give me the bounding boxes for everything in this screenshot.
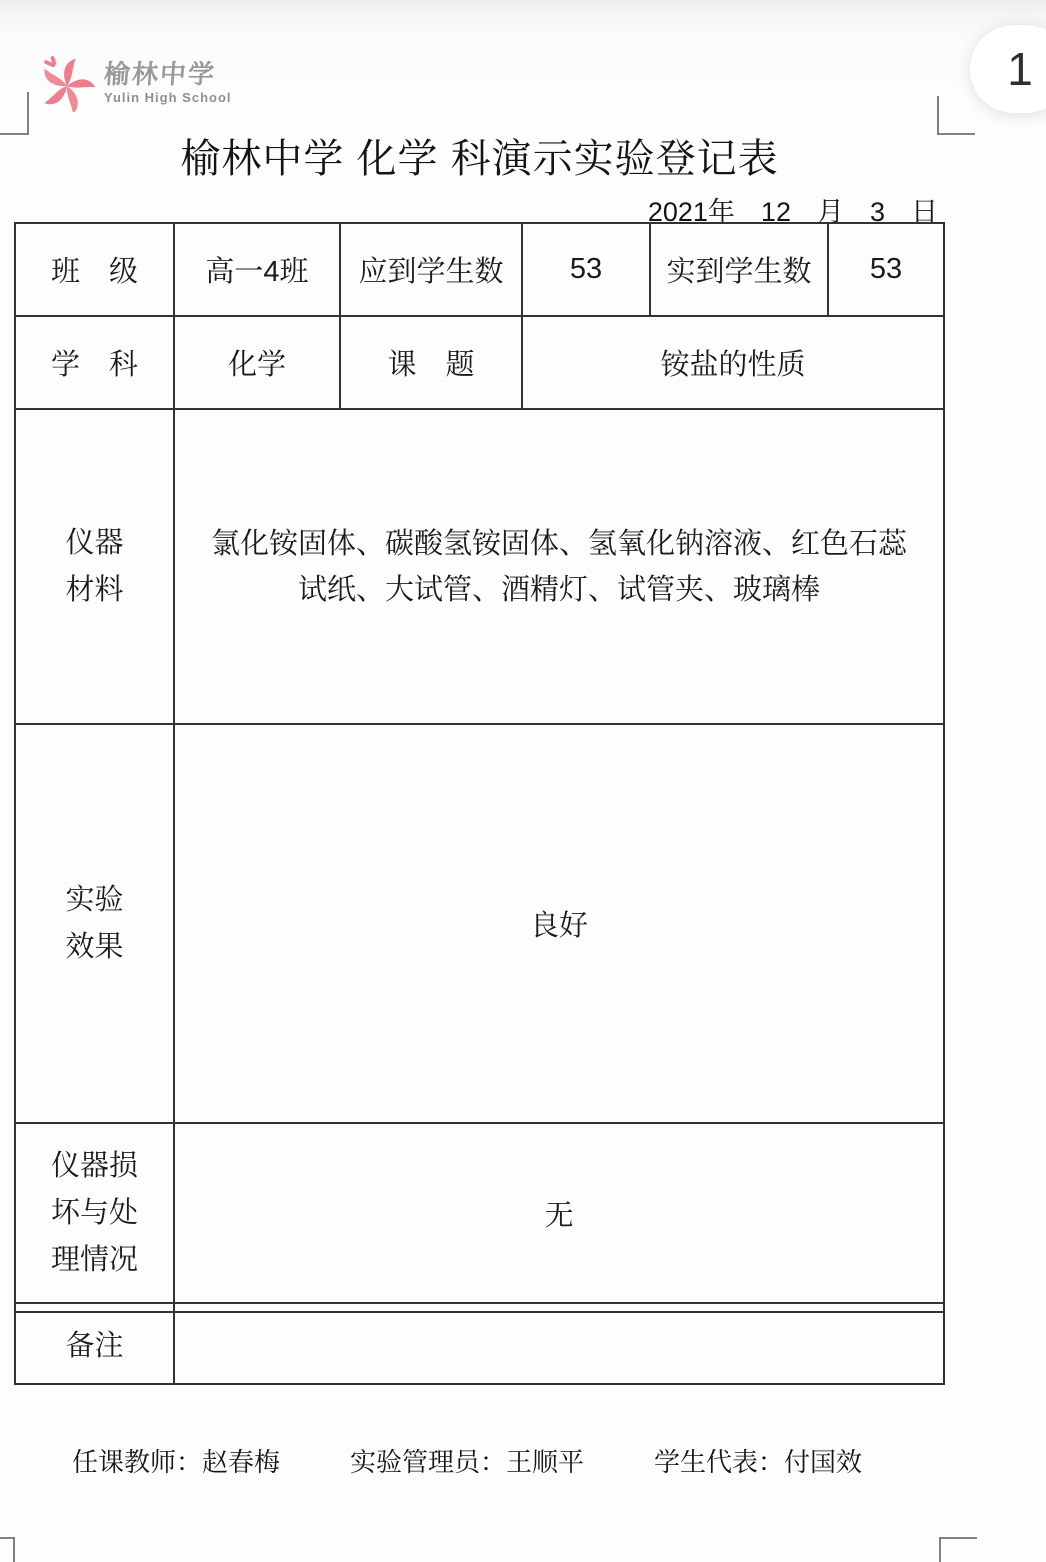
remarks-row-divider [16, 1311, 943, 1313]
cell-remarks-label: 备注 [16, 1304, 175, 1383]
crop-corner-top-left-icon [0, 92, 29, 135]
page-number-badge[interactable]: 1 [970, 25, 1046, 113]
scanned-form-page: 榆林中学 Yulin High School 1 榆林中学 化学 科演示实验登记… [0, 0, 1046, 1562]
cell-class-value: 高一4班 [175, 224, 341, 317]
cell-actual-students-value: 53 [829, 224, 943, 317]
teacher-signature: 任课教师：赵春梅 [72, 1442, 280, 1479]
crop-corner-top-right-icon [937, 96, 975, 135]
cell-actual-students-label: 实到学生数 [651, 224, 829, 317]
logo-school-name-cn: 榆林中学 [103, 60, 232, 88]
page-number: 1 [1007, 42, 1033, 96]
form-title: 榆林中学 化学 科演示实验登记表 [14, 134, 945, 184]
cell-damage-label: 仪器损 坏与处 理情况 [16, 1124, 175, 1304]
cell-expected-students-label: 应到学生数 [341, 224, 523, 317]
registration-table: 班 级 高一4班 应到学生数 53 实到学生数 53 学 科 化学 课 题 铵盐… [14, 222, 945, 1385]
cell-effect-label: 实验 效果 [16, 725, 175, 1124]
crop-corner-bottom-right-icon [939, 1537, 977, 1562]
logo-flower-icon [36, 54, 98, 112]
cell-materials-value: 氯化铵固体、碳酸氢铵固体、氢氧化钠溶液、红色石蕊 试纸、大试管、酒精灯、试管夹、… [175, 410, 943, 725]
cell-remarks-value [175, 1304, 943, 1383]
signature-line: 任课教师：赵春梅 实验管理员：王顺平 学生代表：付国效 [72, 1442, 862, 1479]
cell-subject-label: 学 科 [16, 317, 175, 410]
cell-topic-value: 铵盐的性质 [523, 317, 943, 410]
crop-corner-bottom-left-icon [0, 1537, 15, 1562]
cell-damage-value: 无 [175, 1124, 943, 1304]
logo-school-name-en: Yulin High School [104, 91, 232, 105]
cell-effect-value: 良好 [175, 725, 943, 1124]
lab-manager-signature: 实验管理员：王顺平 [350, 1442, 584, 1479]
cell-class-label: 班 级 [16, 224, 175, 317]
student-representative-signature: 学生代表：付国效 [654, 1442, 862, 1479]
school-logo: 榆林中学 Yulin High School [36, 54, 232, 112]
cell-subject-value: 化学 [175, 317, 341, 410]
cell-materials-label: 仪器 材料 [16, 410, 175, 725]
cell-expected-students-value: 53 [523, 224, 651, 317]
cell-topic-label: 课 题 [341, 317, 523, 410]
